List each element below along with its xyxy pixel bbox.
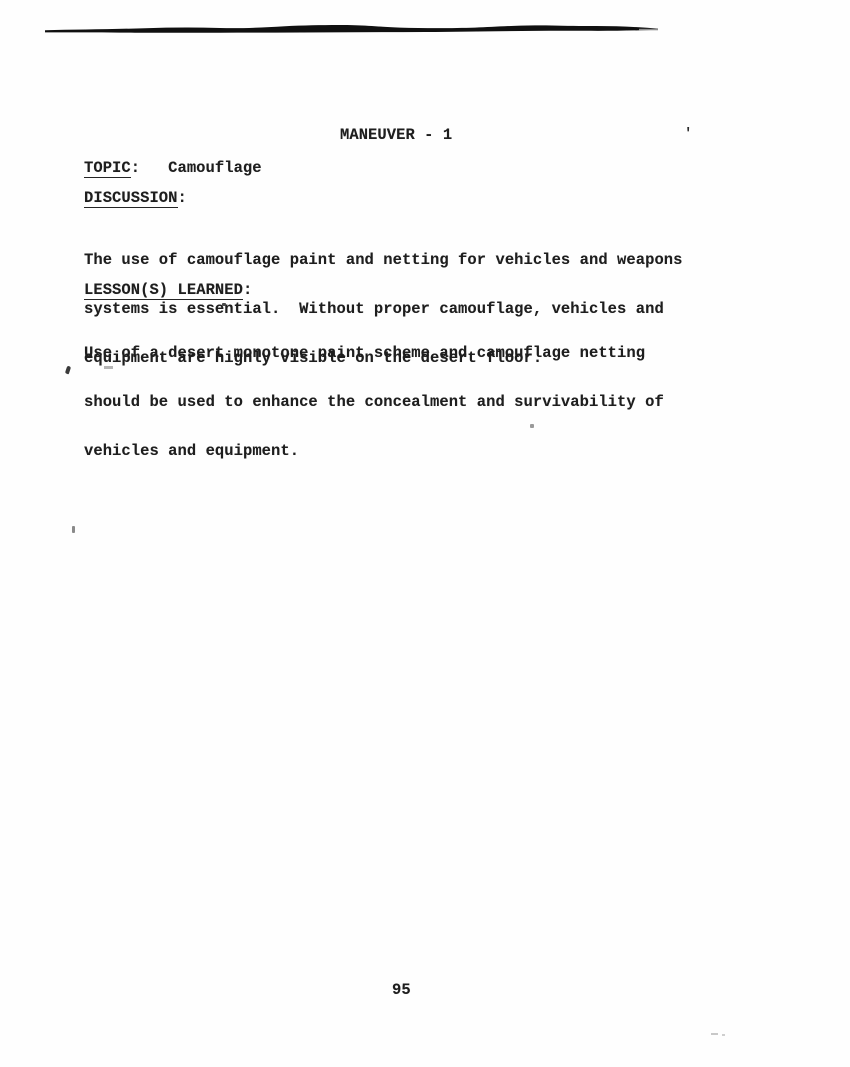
page-title: MANEUVER - 1 bbox=[340, 127, 452, 143]
lessons-colon: : bbox=[243, 281, 252, 299]
scan-speck bbox=[711, 1033, 718, 1035]
scan-speck bbox=[72, 526, 75, 533]
top-rule bbox=[45, 23, 658, 35]
paragraph-line: The use of camouflage paint and netting … bbox=[84, 252, 683, 268]
paragraph-line: Use of a desert monotone paint scheme an… bbox=[84, 345, 664, 361]
discussion-heading-row: DISCUSSION: bbox=[84, 190, 187, 206]
scan-speck bbox=[104, 366, 113, 369]
scan-speck bbox=[722, 1034, 725, 1036]
stray-apostrophe-mark: ' bbox=[684, 126, 692, 142]
page-number: 95 bbox=[392, 982, 411, 998]
paragraph-line: should be used to enhance the concealmen… bbox=[84, 394, 664, 410]
lessons-heading-row: LESSON(S) LEARNED: bbox=[84, 282, 252, 298]
discussion-colon: : bbox=[178, 189, 187, 207]
topic-row: TOPIC:Camouflage bbox=[84, 160, 262, 176]
topic-value: Camouflage bbox=[168, 159, 262, 177]
scan-speck bbox=[530, 424, 534, 428]
lessons-paragraph: Use of a desert monotone paint scheme an… bbox=[84, 312, 664, 492]
topic-colon: : bbox=[131, 159, 140, 177]
lessons-heading: LESSON(S) LEARNED bbox=[84, 281, 243, 300]
scan-speck bbox=[222, 303, 226, 306]
discussion-heading: DISCUSSION bbox=[84, 189, 178, 208]
paragraph-line: vehicles and equipment. bbox=[84, 443, 664, 459]
topic-label: TOPIC bbox=[84, 159, 131, 178]
document-page: MANEUVER - 1 ' TOPIC:Camouflage DISCUSSI… bbox=[0, 0, 850, 1067]
scan-speck bbox=[65, 366, 71, 375]
